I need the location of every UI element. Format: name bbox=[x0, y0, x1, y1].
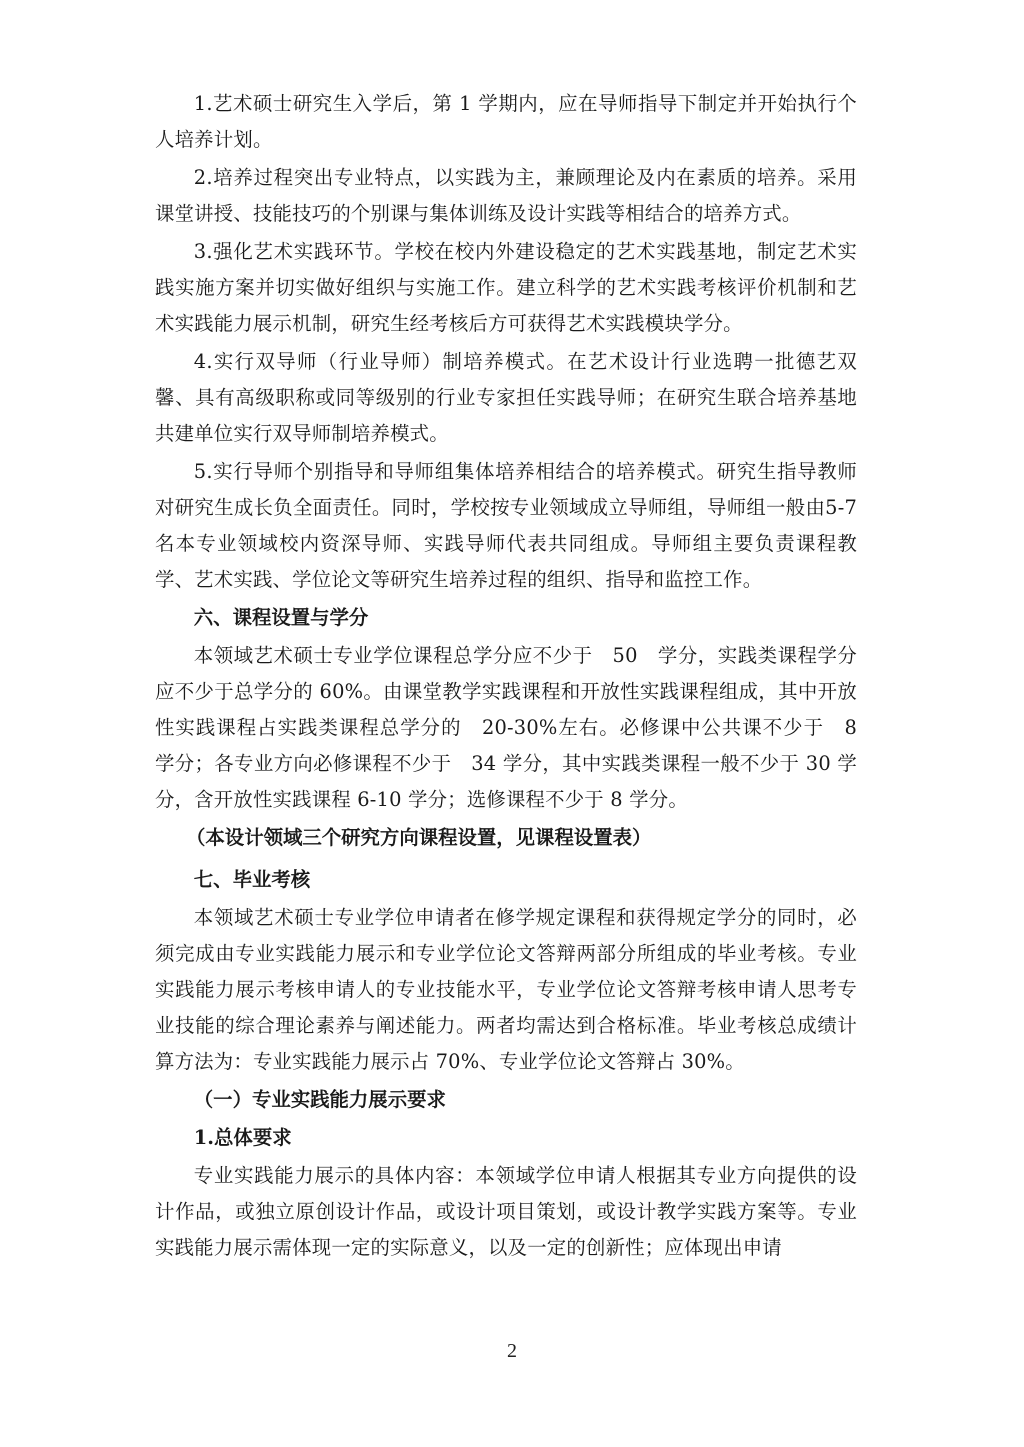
course-table-note: （本设计领域三个研究方向课程设置，见课程设置表） bbox=[155, 820, 857, 856]
document-page: 1.艺术硕士研究生入学后，第 1 学期内，应在导师指导下制定并开始执行个人培养计… bbox=[155, 86, 857, 1268]
subsection-1-heading: （一）专业实践能力展示要求 bbox=[155, 1082, 857, 1118]
general-requirements-heading: 1.总体要求 bbox=[155, 1120, 857, 1156]
paragraph-art-practice: 3.强化艺术实践环节。学校在校内外建设稳定的艺术实践基地，制定艺术实践实施方案并… bbox=[155, 234, 857, 342]
paragraph-dual-supervisor: 4.实行双导师（行业导师）制培养模式。在艺术设计行业选聘一批德艺双馨、具有高级职… bbox=[155, 344, 857, 452]
section-6-body: 本领域艺术硕士专业学位课程总学分应不少于 50 学分，实践类课程学分应不少于总学… bbox=[155, 638, 857, 818]
paragraph-personal-plan: 1.艺术硕士研究生入学后，第 1 学期内，应在导师指导下制定并开始执行个人培养计… bbox=[155, 86, 857, 158]
paragraph-training-process: 2.培养过程突出专业特点，以实践为主，兼顾理论及内在素质的培养。采用课堂讲授、技… bbox=[155, 160, 857, 232]
general-requirements-body: 专业实践能力展示的具体内容：本领域学位申请人根据其专业方向提供的设计作品，或独立… bbox=[155, 1158, 857, 1266]
page-number: 2 bbox=[0, 1340, 1024, 1363]
section-7-body: 本领域艺术硕士专业学位申请者在修学规定课程和获得规定学分的同时，必须完成由专业实… bbox=[155, 900, 857, 1080]
section-6-heading: 六、课程设置与学分 bbox=[155, 600, 857, 636]
paragraph-supervisor-group: 5.实行导师个别指导和导师组集体培养相结合的培养模式。研究生指导教师对研究生成长… bbox=[155, 454, 857, 598]
section-7-heading: 七、毕业考核 bbox=[155, 862, 857, 898]
